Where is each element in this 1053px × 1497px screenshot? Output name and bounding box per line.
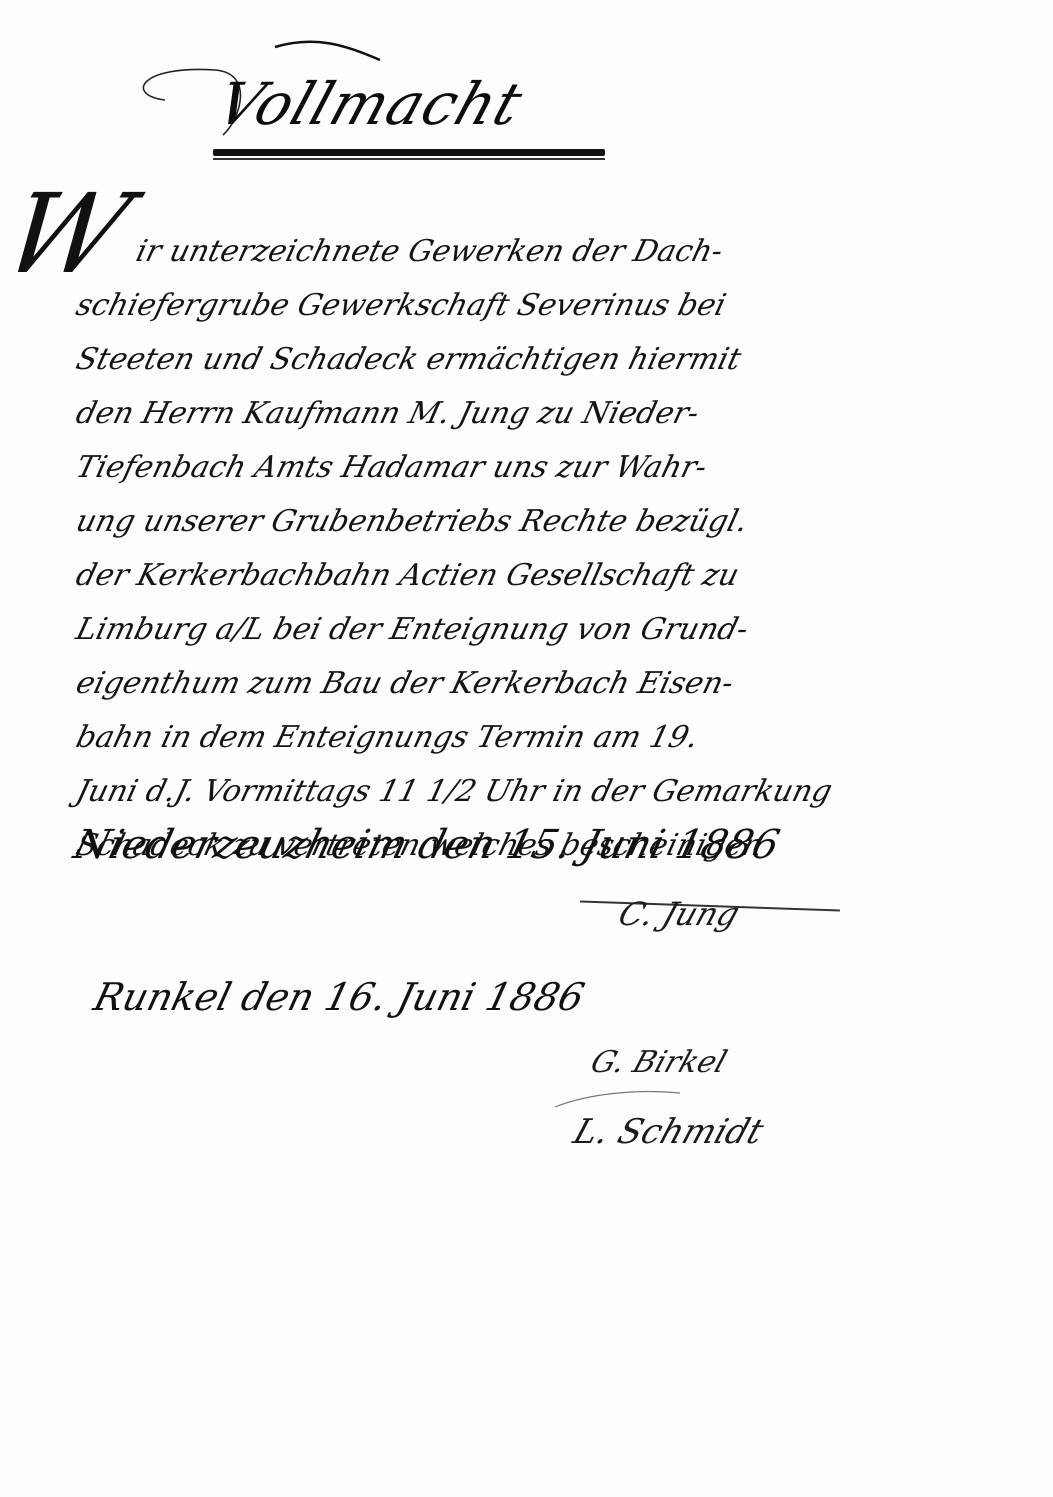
title-block: Vollmacht <box>105 25 625 145</box>
body-line: ir unterzeichnete Gewerken der Dach- <box>70 225 1043 279</box>
body-line: Tiefenbach Amts Hadamar uns zur Wahr- <box>70 441 1043 495</box>
body-line: bahn in dem Enteignungs Termin am 19. <box>70 711 1043 765</box>
body-line: Steeten und Schadeck ermächtigen hiermit <box>70 333 1043 387</box>
body-line: schiefergrube Gewerkschaft Severinus bei <box>70 279 1043 333</box>
body-line: Juni d.J. Vormittags 11 1/2 Uhr in der G… <box>70 765 1043 819</box>
body-line: Limburg a/L bei der Enteignung von Grund… <box>70 603 1043 657</box>
signature-schmidt: L. Schmidt <box>569 1112 769 1152</box>
place-date-2: Runkel den 16. Juni 1886 <box>90 975 589 1019</box>
document-title: Vollmacht <box>209 70 531 138</box>
signature-jung: C. Jung <box>614 895 745 933</box>
body-line: eigenthum zum Bau der Kerkerbach Eisen- <box>70 657 1043 711</box>
body-text: ir unterzeichnete Gewerken der Dach- sch… <box>70 225 1030 873</box>
title-underline <box>213 149 605 156</box>
signature-birkel: G. Birkel <box>586 1045 731 1080</box>
title-underline-thin <box>213 158 605 160</box>
signature-flourish-ornament <box>550 1085 690 1115</box>
document-page: Vollmacht W ir unterzeichnete Gewerken d… <box>0 0 1053 1497</box>
body-line: der Kerkerbachbahn Actien Gesellschaft z… <box>70 549 1043 603</box>
place-date-1: Niederzeuzheim den 15. Juni 1886 <box>69 822 784 868</box>
body-line: den Herrn Kaufmann M. Jung zu Nieder- <box>70 387 1043 441</box>
body-line: ung unserer Grubenbetriebs Rechte bezügl… <box>70 495 1043 549</box>
